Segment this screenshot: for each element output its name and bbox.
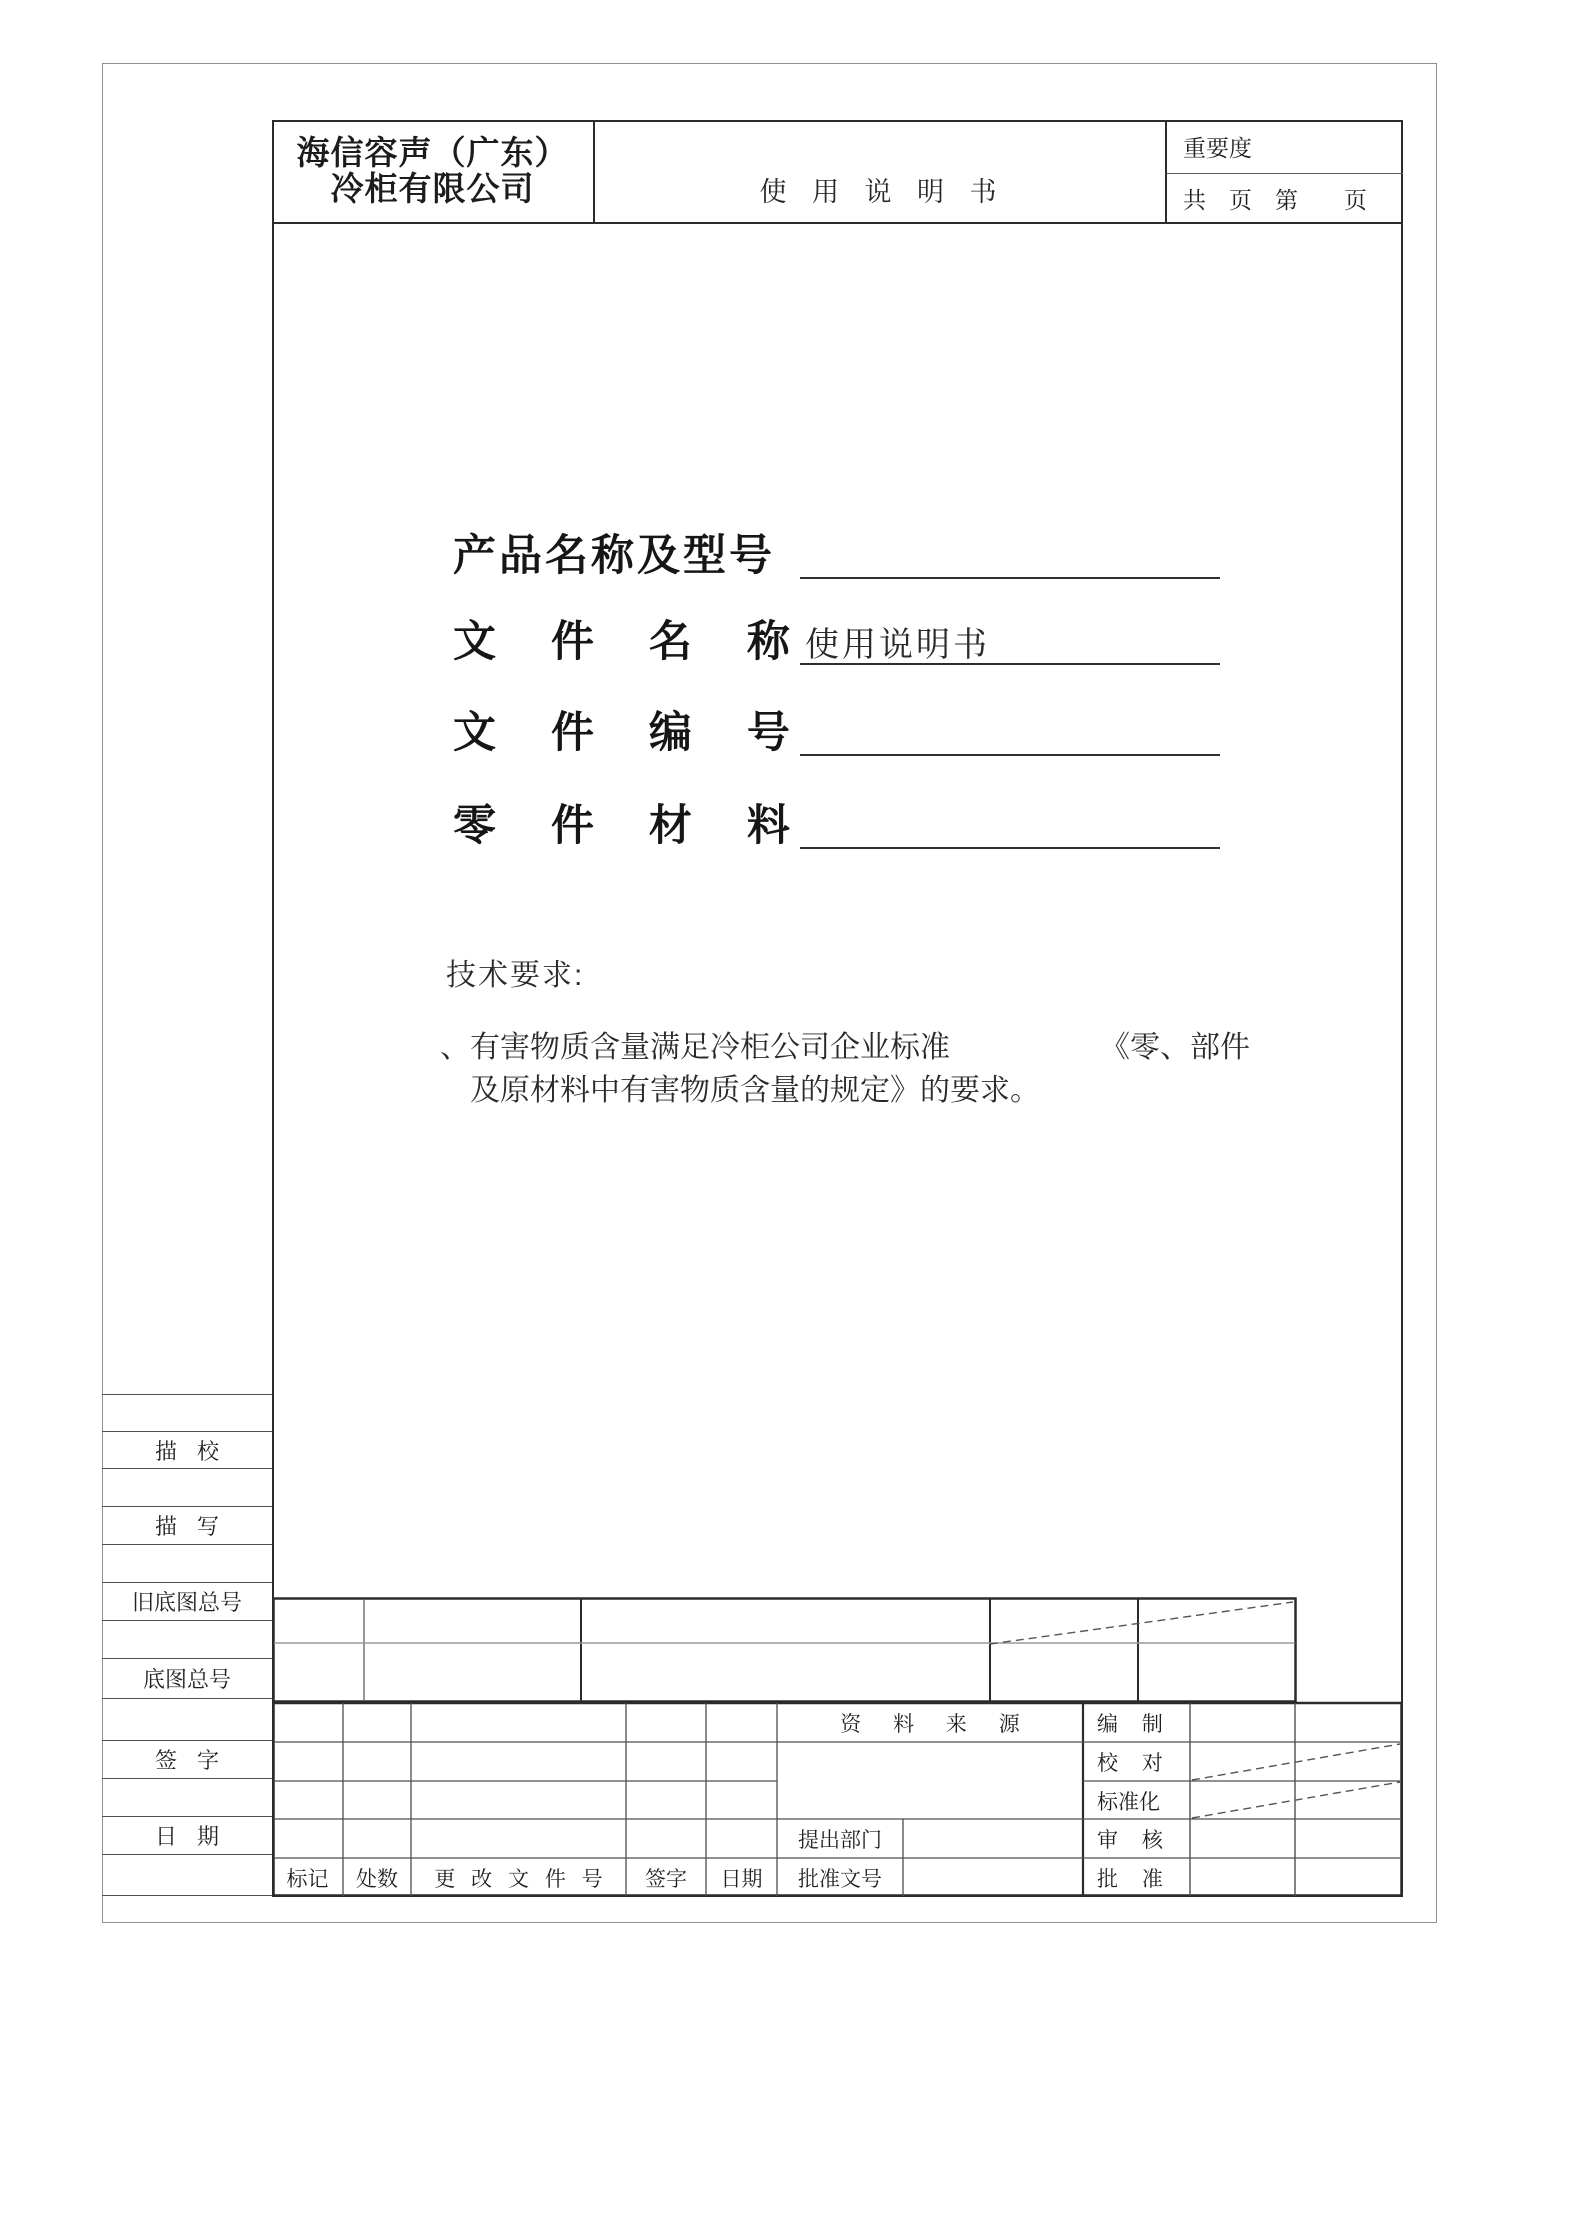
sidebar-row-trace-check: 描 校 <box>102 1432 272 1469</box>
sidebar-row <box>102 1855 272 1896</box>
part-material-label: 零 件 材 料 <box>453 803 793 849</box>
sidebar-row <box>102 1621 272 1659</box>
form-row-part-material: 零 件 材 料 <box>0 803 1577 859</box>
doc-name-value: 使用说明书 <box>805 627 990 663</box>
sidebar-row <box>102 1779 272 1817</box>
date-column-header: 日期 <box>706 1858 777 1897</box>
page-count-cell: 共 页 第 页 <box>1165 174 1403 224</box>
prepared-by-label: 编 制 <box>1083 1703 1190 1742</box>
sidebar-row <box>102 1469 272 1507</box>
part-material-underline <box>800 847 1220 849</box>
reviewed-by-label: 审 核 <box>1083 1819 1190 1858</box>
company-name-line1: 海信容声（广东） <box>297 135 569 171</box>
sidebar-row-date: 日 期 <box>102 1817 272 1855</box>
tech-requirements-line1: 、有害物质含量满足冷柜公司企业标准 《零、部件 <box>440 1026 1340 1069</box>
sidebar-row <box>102 1395 272 1432</box>
tech-requirements-heading: 技术要求: <box>446 950 584 994</box>
doc-title: 使 用 说 明 书 <box>759 170 1000 209</box>
doc-name-label: 文 件 名 称 <box>453 619 793 665</box>
count-column-header: 处数 <box>343 1858 411 1897</box>
standardized-by-label: 标准化 <box>1083 1781 1190 1820</box>
tech-requirements-body: 、有害物质含量满足冷柜公司企业标准 《零、部件 及原材料中有害物质含量的规定》的… <box>440 1026 1340 1112</box>
sidebar-row-trace-write: 描 写 <box>102 1507 272 1545</box>
form-row-product: 产品名称及型号 <box>0 533 1577 589</box>
sidebar-row <box>102 1545 272 1583</box>
source-of-data-label: 资 料 来 源 <box>777 1703 1083 1742</box>
approval-doc-no-label: 批准文号 <box>777 1858 903 1897</box>
approved-by-label: 批 准 <box>1083 1858 1190 1897</box>
mark-column-header: 标记 <box>272 1858 343 1897</box>
doc-number-label: 文 件 编 号 <box>453 710 793 756</box>
sidebar-row-signature: 签 字 <box>102 1741 272 1779</box>
sidebar-row-master-no: 底图总号 <box>102 1659 272 1699</box>
importance-cell: 重要度 <box>1165 120 1403 174</box>
change-doc-no-column-header: 更 改 文 件 号 <box>411 1858 626 1897</box>
company-name-line2: 冷柜有限公司 <box>331 171 535 207</box>
proposing-dept-label: 提出部门 <box>777 1819 903 1858</box>
page-count-label: 共 页 第 页 <box>1183 182 1367 215</box>
tech-requirements-line1-right: 《零、部件 <box>1100 1026 1250 1069</box>
left-margin-column: 描 校 描 写 旧底图总号 底图总号 签 字 日 期 <box>102 1394 272 1896</box>
company-name-cell: 海信容声（广东） 冷柜有限公司 <box>272 120 595 224</box>
document-page: 海信容声（广东） 冷柜有限公司 使 用 说 明 书 重要度 共 页 第 页 产品… <box>0 0 1577 2231</box>
tech-requirements-line1-left: 、有害物质含量满足冷柜公司企业标准 <box>440 1031 950 1064</box>
signature-column-header: 签字 <box>626 1858 706 1897</box>
checked-by-label: 校 对 <box>1083 1742 1190 1781</box>
form-row-doc-name: 文 件 名 称 使用说明书 <box>0 619 1577 675</box>
sidebar-row <box>102 1699 272 1741</box>
importance-label: 重要度 <box>1183 130 1252 163</box>
product-name-underline <box>800 577 1220 579</box>
sidebar-row-old-master-no: 旧底图总号 <box>102 1583 272 1621</box>
doc-title-cell: 使 用 说 明 书 <box>595 120 1165 224</box>
tech-requirements-line2: 及原材料中有害物质含量的规定》的要求。 <box>470 1069 1340 1112</box>
product-name-label: 产品名称及型号 <box>453 533 775 579</box>
doc-number-underline <box>800 754 1220 756</box>
form-row-doc-number: 文 件 编 号 <box>0 710 1577 766</box>
